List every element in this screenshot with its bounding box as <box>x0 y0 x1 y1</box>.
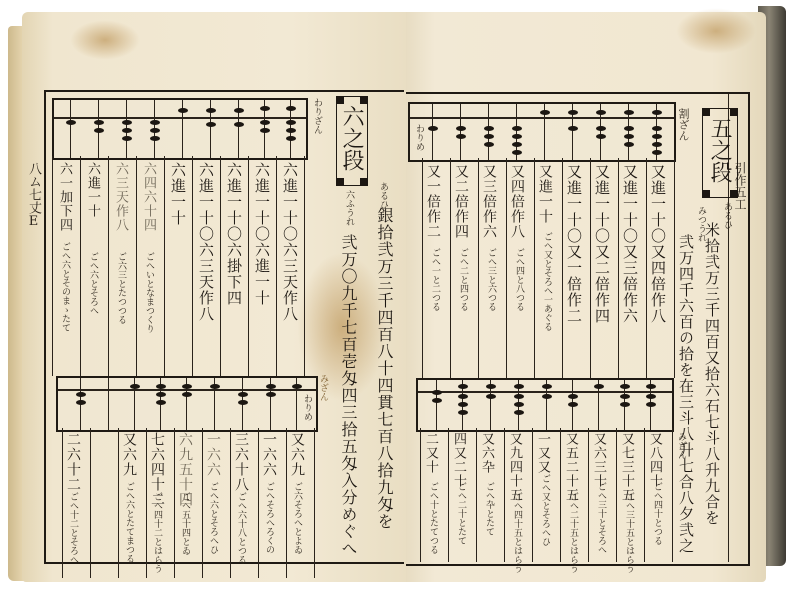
divisor-reading: 六ふうれ <box>344 190 353 226</box>
abacus-label: 割ざん <box>678 108 689 141</box>
table-column-note: ごへ卆とたて <box>484 482 493 536</box>
table-column: 又進一十〇又一倍作二 <box>566 164 581 324</box>
table-column: 又六三十 <box>592 432 605 488</box>
table-column-note: ごへ六とそろへ <box>88 252 97 315</box>
table-column: 又進一十〇又二倍作四 <box>594 164 609 324</box>
abacus-side-label: わりめ <box>414 124 423 151</box>
table-column: 四又二十 <box>452 432 465 488</box>
table-column-note: ごへ三十五とはらう <box>624 492 633 573</box>
table-column-note: ごへ六十八とつる <box>236 492 245 564</box>
table-column: 六進一十〇六三天作八 <box>282 162 297 322</box>
abacus-diagram-top <box>52 98 308 160</box>
abacus-diagram-bottom <box>416 378 674 432</box>
table-column-note: ごへ一と二つる <box>430 248 439 311</box>
table-column-note: ごへいとなまつくり <box>144 252 153 333</box>
table-column: 一又又 <box>536 432 549 474</box>
divisor-text: 弐万〇九千七百壱匁四三拾五匁入分めぐへ <box>340 234 356 557</box>
problem-text: 銀拾弐万三千四百八十四貫七百八拾九匁を <box>376 207 392 530</box>
table-column: 六進一十 <box>86 162 99 218</box>
table-column-note: ごへ三と六つる <box>486 248 495 311</box>
table-column: 六一加下四 <box>58 162 71 232</box>
divisor-text: 弐万四千六百の拾を在三斗八升七合八夕弐之 <box>678 234 693 554</box>
table-column-note: ごへ四十五とはらう <box>512 492 521 573</box>
left-margin-label: 八ム七丈E <box>24 162 43 229</box>
table-column: 又八四十 <box>648 432 661 488</box>
table-column: 二六十二 <box>66 432 80 492</box>
divisor-reading: みつうれ <box>696 206 705 242</box>
table-column-note: ごへ十二とそろへ <box>68 492 77 564</box>
open-book: 八ム七丈E わりざん 六之段 <box>8 6 786 586</box>
table-column-note: ごへそろへろくの <box>264 482 273 554</box>
table-column: 又四倍作八 <box>510 164 524 239</box>
problem-text: 米拾弐万三千四百又拾六石七斗八升九合を <box>704 222 719 526</box>
left-page: 八ム七丈E わりざん 六之段 <box>22 12 406 582</box>
table-column: 一六六 <box>206 432 220 477</box>
table-column: 又進一十〇又四倍作八 <box>650 164 665 324</box>
problem-reading: あるひ <box>378 182 387 209</box>
table-column: 六三天作八 <box>114 162 127 232</box>
section-title-box: 六之段 <box>336 96 368 186</box>
abacus-label: わりざん <box>312 98 321 134</box>
stain <box>676 8 756 54</box>
table-column: 又一倍作二 <box>426 164 440 239</box>
table-column: 又三倍作六 <box>482 164 496 239</box>
table-column: 六進一十 <box>170 162 185 226</box>
section-title: 六之段 <box>340 105 363 171</box>
abacus-side-label: わりめ <box>302 394 311 421</box>
table-column: 三六十八 <box>234 432 248 492</box>
table-column-note: ごへ又とそろへひ <box>540 474 549 546</box>
table-column-note: ごへ十とたてつる <box>428 482 437 554</box>
table-column-note: ごへ二十五とはらう <box>568 492 577 573</box>
table-column: 又進一十〇又三倍作六 <box>622 164 637 324</box>
abacus-diagram-top: わりめ <box>408 102 676 162</box>
table-column-note: ごへ二と四つる <box>458 248 467 311</box>
table-column-note: ご六そろへとよゐ <box>292 482 301 554</box>
table-column-note: ごへ二十とたて <box>456 482 465 545</box>
table-column-note: ごへ六とそのまゝたて <box>60 242 69 332</box>
abacus-bottom-label: みざん <box>676 432 685 459</box>
table-column-note: ごへ四十とつる <box>652 482 661 545</box>
table-column-note: ごへ六とたてまつる <box>124 482 133 563</box>
table-column-note: ごへ三十とそろへ <box>596 482 605 554</box>
table-column-note: ごへ又とそろへ一あぐる <box>542 232 551 331</box>
abacus-diagram-bottom: わりめ <box>56 376 318 432</box>
table-column: 六四六十四 <box>142 162 155 232</box>
table-column: 又六卆 <box>480 432 493 474</box>
section-title: 五之段 <box>708 117 731 183</box>
table-column: 一六六 <box>262 432 276 477</box>
table-column: 又二倍作四 <box>454 164 468 239</box>
table-column: 二又十 <box>424 432 437 474</box>
table-column: 六進一十〇六進一十 <box>254 162 269 306</box>
problem-reading: あるひ <box>722 202 731 229</box>
abacus-bottom-label: みざん <box>318 374 327 401</box>
table-column-note: ごへ四と八つる <box>514 248 523 311</box>
table-column: 六進一十〇六三天作八 <box>198 162 213 322</box>
table-column-note: ご六三とたつつる <box>116 252 125 324</box>
table-column: 六進一十〇六掛下四 <box>226 162 241 306</box>
table-column: 又六九 <box>122 432 136 477</box>
table-column-note: ごへ六とそろへひ <box>208 482 217 554</box>
table-column: 又進一十 <box>538 164 552 224</box>
table-column-note: ごへ五十四とゐ <box>180 492 189 555</box>
table-column: 又六九 <box>290 432 304 477</box>
stain <box>70 20 140 60</box>
table-column-note: ごへ四十二とはらう <box>152 492 161 573</box>
right-page: 引作五工 わりめ 割ざん 五之段 <box>406 12 766 582</box>
section-title-box: 五之段 <box>702 108 738 198</box>
